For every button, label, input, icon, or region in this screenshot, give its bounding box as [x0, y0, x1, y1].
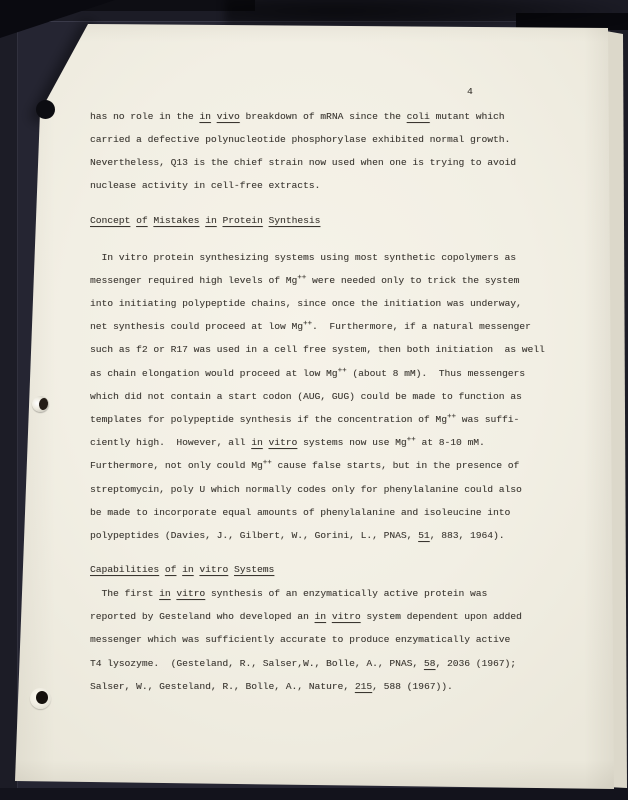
- punch-hole-top: [36, 100, 55, 119]
- bottom-dark-strip: [0, 788, 628, 800]
- text-line: Salser, W., Gesteland, R., Bolle, A., Na…: [90, 675, 522, 698]
- punch-hole-bottom: [30, 688, 51, 709]
- text-line: Concept of Mistakes in Protein Synthesis: [90, 209, 320, 232]
- scan-background: 4 has no role in the in vivo breakdown o…: [0, 0, 628, 800]
- text-line: streptomycin, poly U which normally code…: [90, 478, 545, 501]
- text-line: Furthermore, not only could Mg++ cause f…: [90, 454, 545, 477]
- section-heading: Capabilities of in vitro Systems: [90, 558, 274, 581]
- text-line: The first in vitro synthesis of an enzym…: [90, 582, 522, 605]
- punch-hole-middle-opening: [38, 397, 49, 410]
- text-line: messenger which was sufficiently accurat…: [90, 628, 522, 651]
- paragraph: has no role in the in vivo breakdown of …: [90, 105, 516, 198]
- text-line: as chain elongation would proceed at low…: [90, 362, 545, 385]
- text-line: nuclease activity in cell-free extracts.: [90, 174, 516, 197]
- page-top-shadow: [225, 0, 625, 28]
- text-line: has no role in the in vivo breakdown of …: [90, 105, 516, 128]
- text-line: carried a defective polynucleotide phosp…: [90, 128, 516, 151]
- paragraph: The first in vitro synthesis of an enzym…: [90, 582, 522, 698]
- text-line: which did not contain a start codon (AUG…: [90, 385, 545, 408]
- punch-hole-bottom-opening: [36, 691, 48, 704]
- text-line: into initiating polypeptide chains, sinc…: [90, 292, 545, 315]
- text-line: reported by Gesteland who developed an i…: [90, 605, 522, 628]
- punch-hole-middle: [32, 396, 49, 412]
- text-line: polypeptides (Davies, J., Gilbert, W., G…: [90, 524, 545, 547]
- manuscript-page: 4 has no role in the in vivo breakdown o…: [0, 0, 628, 800]
- text-line: messenger required high levels of Mg++ w…: [90, 269, 545, 292]
- text-line: In vitro protein synthesizing systems us…: [90, 246, 545, 269]
- text-line: Nevertheless, Q13 is the chief strain no…: [90, 151, 516, 174]
- section-heading: Concept of Mistakes in Protein Synthesis: [90, 209, 320, 232]
- text-line: Capabilities of in vitro Systems: [90, 558, 274, 581]
- text-line: templates for polypeptide synthesis if t…: [90, 408, 545, 431]
- paragraph: In vitro protein synthesizing systems us…: [90, 246, 545, 548]
- text-line: be made to incorporate equal amounts of …: [90, 501, 545, 524]
- text-line: net synthesis could proceed at low Mg++.…: [90, 315, 545, 338]
- text-line: T4 lysozyme. (Gesteland, R., Salser,W., …: [90, 652, 522, 675]
- text-line: such as f2 or R17 was used in a cell fre…: [90, 338, 545, 361]
- page-number: 4: [467, 80, 473, 103]
- text-line: ciently high. However, all in vitro syst…: [90, 431, 545, 454]
